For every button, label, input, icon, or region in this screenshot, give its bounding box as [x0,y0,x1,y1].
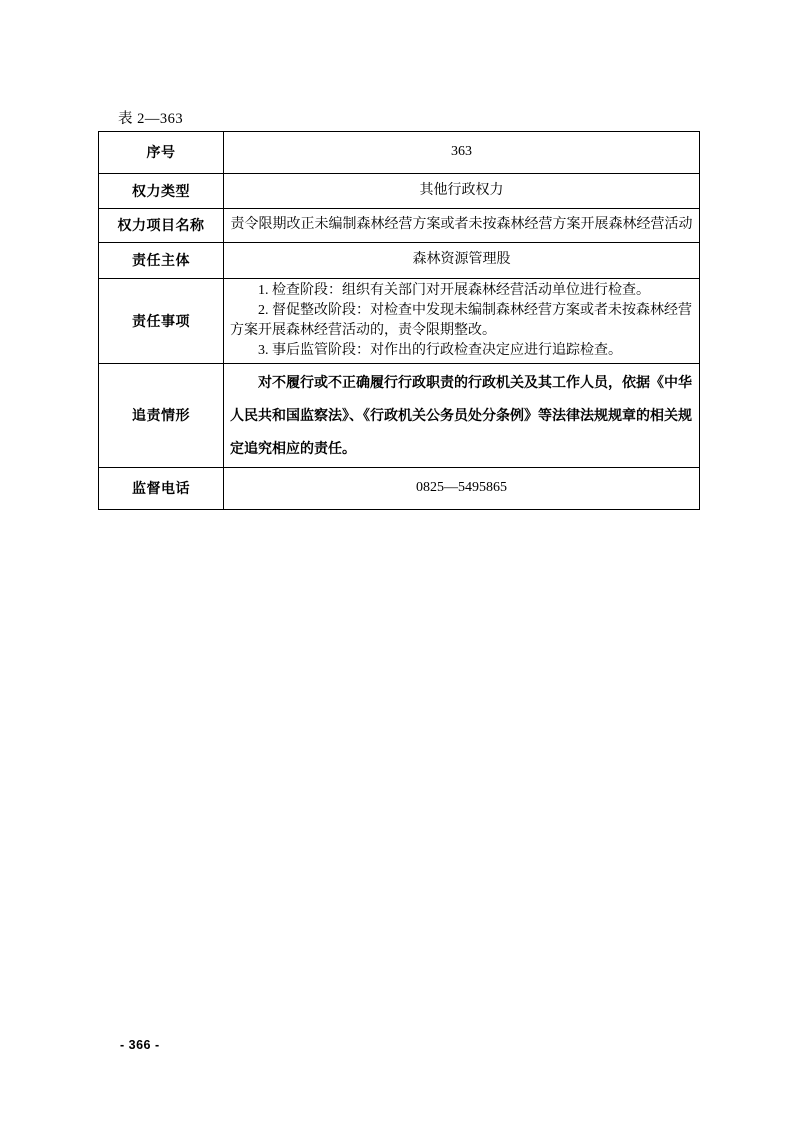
table-row: 序号 363 [99,132,700,174]
value-cell-accountability-situations: 对不履行或不正确履行行政职责的行政机关及其工作人员，依据《中华人民共和国监察法》… [224,364,700,468]
table-row: 追责情形 对不履行或不正确履行行政职责的行政机关及其工作人员，依据《中华人民共和… [99,364,700,468]
label-cell-power-type: 权力类型 [99,174,224,209]
value-cell-serial-number: 363 [224,132,700,174]
accountability-text: 对不履行或不正确履行行政职责的行政机关及其工作人员，依据《中华人民共和国监察法》… [230,366,693,465]
value-cell-power-item-name: 责令限期改正未编制森林经营方案或者未按森林经营方案开展森林经营活动 [224,209,700,243]
table-row: 责任事项 1. 检查阶段：组织有关部门对开展森林经营活动单位进行检查。 2. 督… [99,279,700,364]
label-cell-accountability-situations: 追责情形 [99,364,224,468]
value-cell-power-type: 其他行政权力 [224,174,700,209]
label-cell-supervision-phone: 监督电话 [99,468,224,510]
value-cell-responsibility-items: 1. 检查阶段：组织有关部门对开展森林经营活动单位进行检查。 2. 督促整改阶段… [224,279,700,364]
label-cell-serial-number: 序号 [99,132,224,174]
table-caption: 表 2—363 [118,107,183,128]
table-row: 责任主体 森林资源管理股 [99,243,700,279]
responsibility-item-1: 1. 检查阶段：组织有关部门对开展森林经营活动单位进行检查。 [230,281,693,301]
document-page: 表 2—363 序号 363 权力类型 其他行政权力 权力项目名称 责令限期改正… [0,0,793,1122]
label-cell-responsible-body: 责任主体 [99,243,224,279]
power-item-table: 序号 363 权力类型 其他行政权力 权力项目名称 责令限期改正未编制森林经营方… [98,131,700,510]
label-cell-responsibility-items: 责任事项 [99,279,224,364]
value-cell-responsible-body: 森林资源管理股 [224,243,700,279]
value-cell-supervision-phone: 0825—5495865 [224,468,700,510]
responsibility-item-2: 2. 督促整改阶段：对检查中发现未编制森林经营方案或者未按森林经营方案开展森林经… [230,301,693,341]
table-row: 监督电话 0825—5495865 [99,468,700,510]
label-cell-power-item-name: 权力项目名称 [99,209,224,243]
page-number: - 366 - [120,1038,160,1052]
table-row: 权力类型 其他行政权力 [99,174,700,209]
responsibility-item-3: 3. 事后监管阶段：对作出的行政检查决定应进行追踪检查。 [230,341,693,361]
table-row: 权力项目名称 责令限期改正未编制森林经营方案或者未按森林经营方案开展森林经营活动 [99,209,700,243]
